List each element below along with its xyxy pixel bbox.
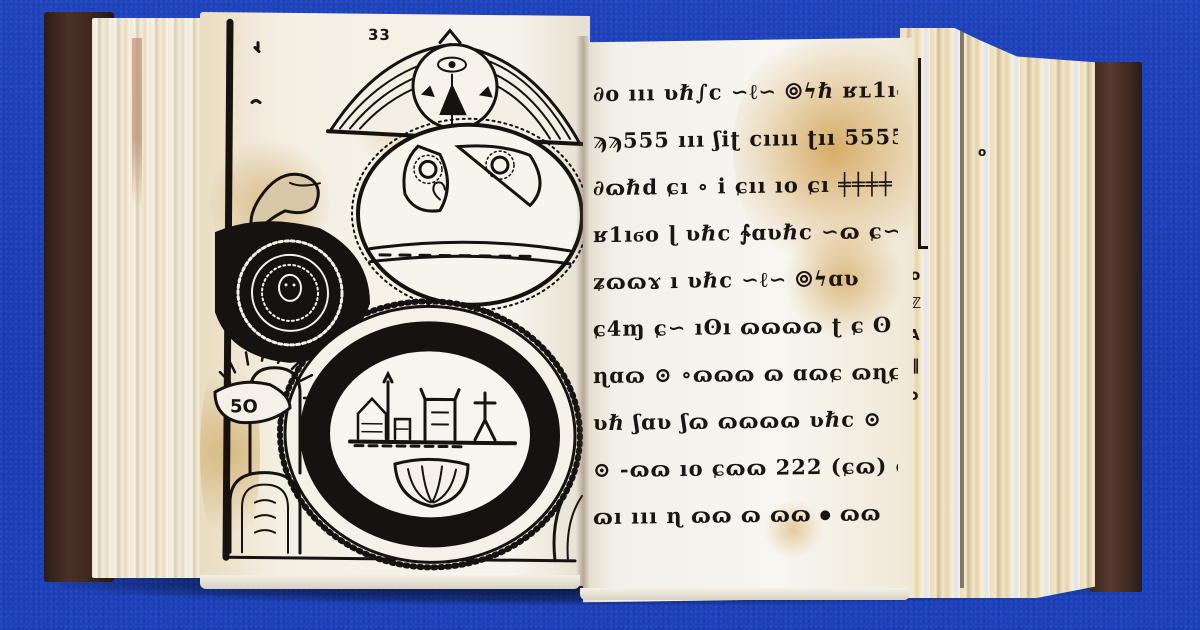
text-line-9: ⊙ -ɷɷ ıo ɕɷɷ 222 (ɕɷ) ɕ ɷıı⊙ — [593, 442, 898, 493]
left-page-bottom-edge — [200, 575, 580, 589]
paisley-sun-moon-icon — [352, 118, 588, 312]
text-line-6: ɕ4ɱ ɕ∽ ıʘı ɷɷɷɷ ʈ ɕ ʘ ɷ ʁ — [593, 301, 898, 352]
photo-scene: o ℤ A ‖ ↄ o 33 — [0, 0, 1200, 630]
text-line-10: ɷı ııı ɳ ɷɷ ɷ ɷɷ ⦁ ɷɷ — [593, 489, 898, 540]
text-line-3: ∂ɷℏd ɕı ∘ i ɕıı ıo ɕı ╪╪╪╪ — [593, 160, 898, 211]
front-cover-right — [1090, 62, 1142, 592]
svg-text:5O: 5O — [230, 396, 258, 417]
right-page-bottom-edge — [580, 588, 910, 600]
left-page: 33 — [200, 12, 590, 586]
text-line-5: ʑɷɷɤ ı ʋℏϲ ∽ℓ∽ ⦾ϟɑʋ — [593, 254, 898, 305]
text-line-4: ʁ1ıϭo ɭ ʋℏϲ ∱ɑʋℏϲ ∽ɷ ɕ∽ ʌʋℏ — [593, 207, 898, 258]
text-line-7: ɳɑɷ ⊙ ∘ɷɷɷ ɷ ɑɷɕ ɷɳɕɷ — [593, 348, 898, 399]
city-chalice-ring-icon — [280, 300, 580, 569]
text-line-1: ∂o ııı ʋℏ∫ϲ ∽ℓ∽ ⦾ϟℏ ʁʟ1ıϭo — [593, 66, 898, 117]
text-line-8: ʋℏ ʃɑʋ ʃɷ ɷɷɷɷ ʋℏϲ ⊙ — [593, 395, 898, 446]
cipher-text-block: ∂o ııı ʋℏ∫ϲ ∽ℓ∽ ⦾ϟℏ ʁʟ1ıϭo ϡϡ555 ııı ʃiʈ… — [593, 66, 898, 540]
book-gutter — [576, 36, 590, 596]
manuscript-illustration: 5O — [200, 12, 590, 586]
page-edges-right: o ℤ A ‖ ↄ o — [900, 28, 1095, 598]
text-line-2: ϡϡ555 ııı ʃiʈ ϲıııı ʈıı 5555ʁ ʋℏ ɕ ʁʌʟ — [593, 113, 898, 164]
edge-marker-3: ‖ — [912, 358, 920, 373]
right-page: ∂o ııı ʋℏ∫ϲ ∽ℓ∽ ⦾ϟℏ ʁʟ1ıϭo ϡϡ555 ııı ʃiʈ… — [583, 38, 913, 603]
